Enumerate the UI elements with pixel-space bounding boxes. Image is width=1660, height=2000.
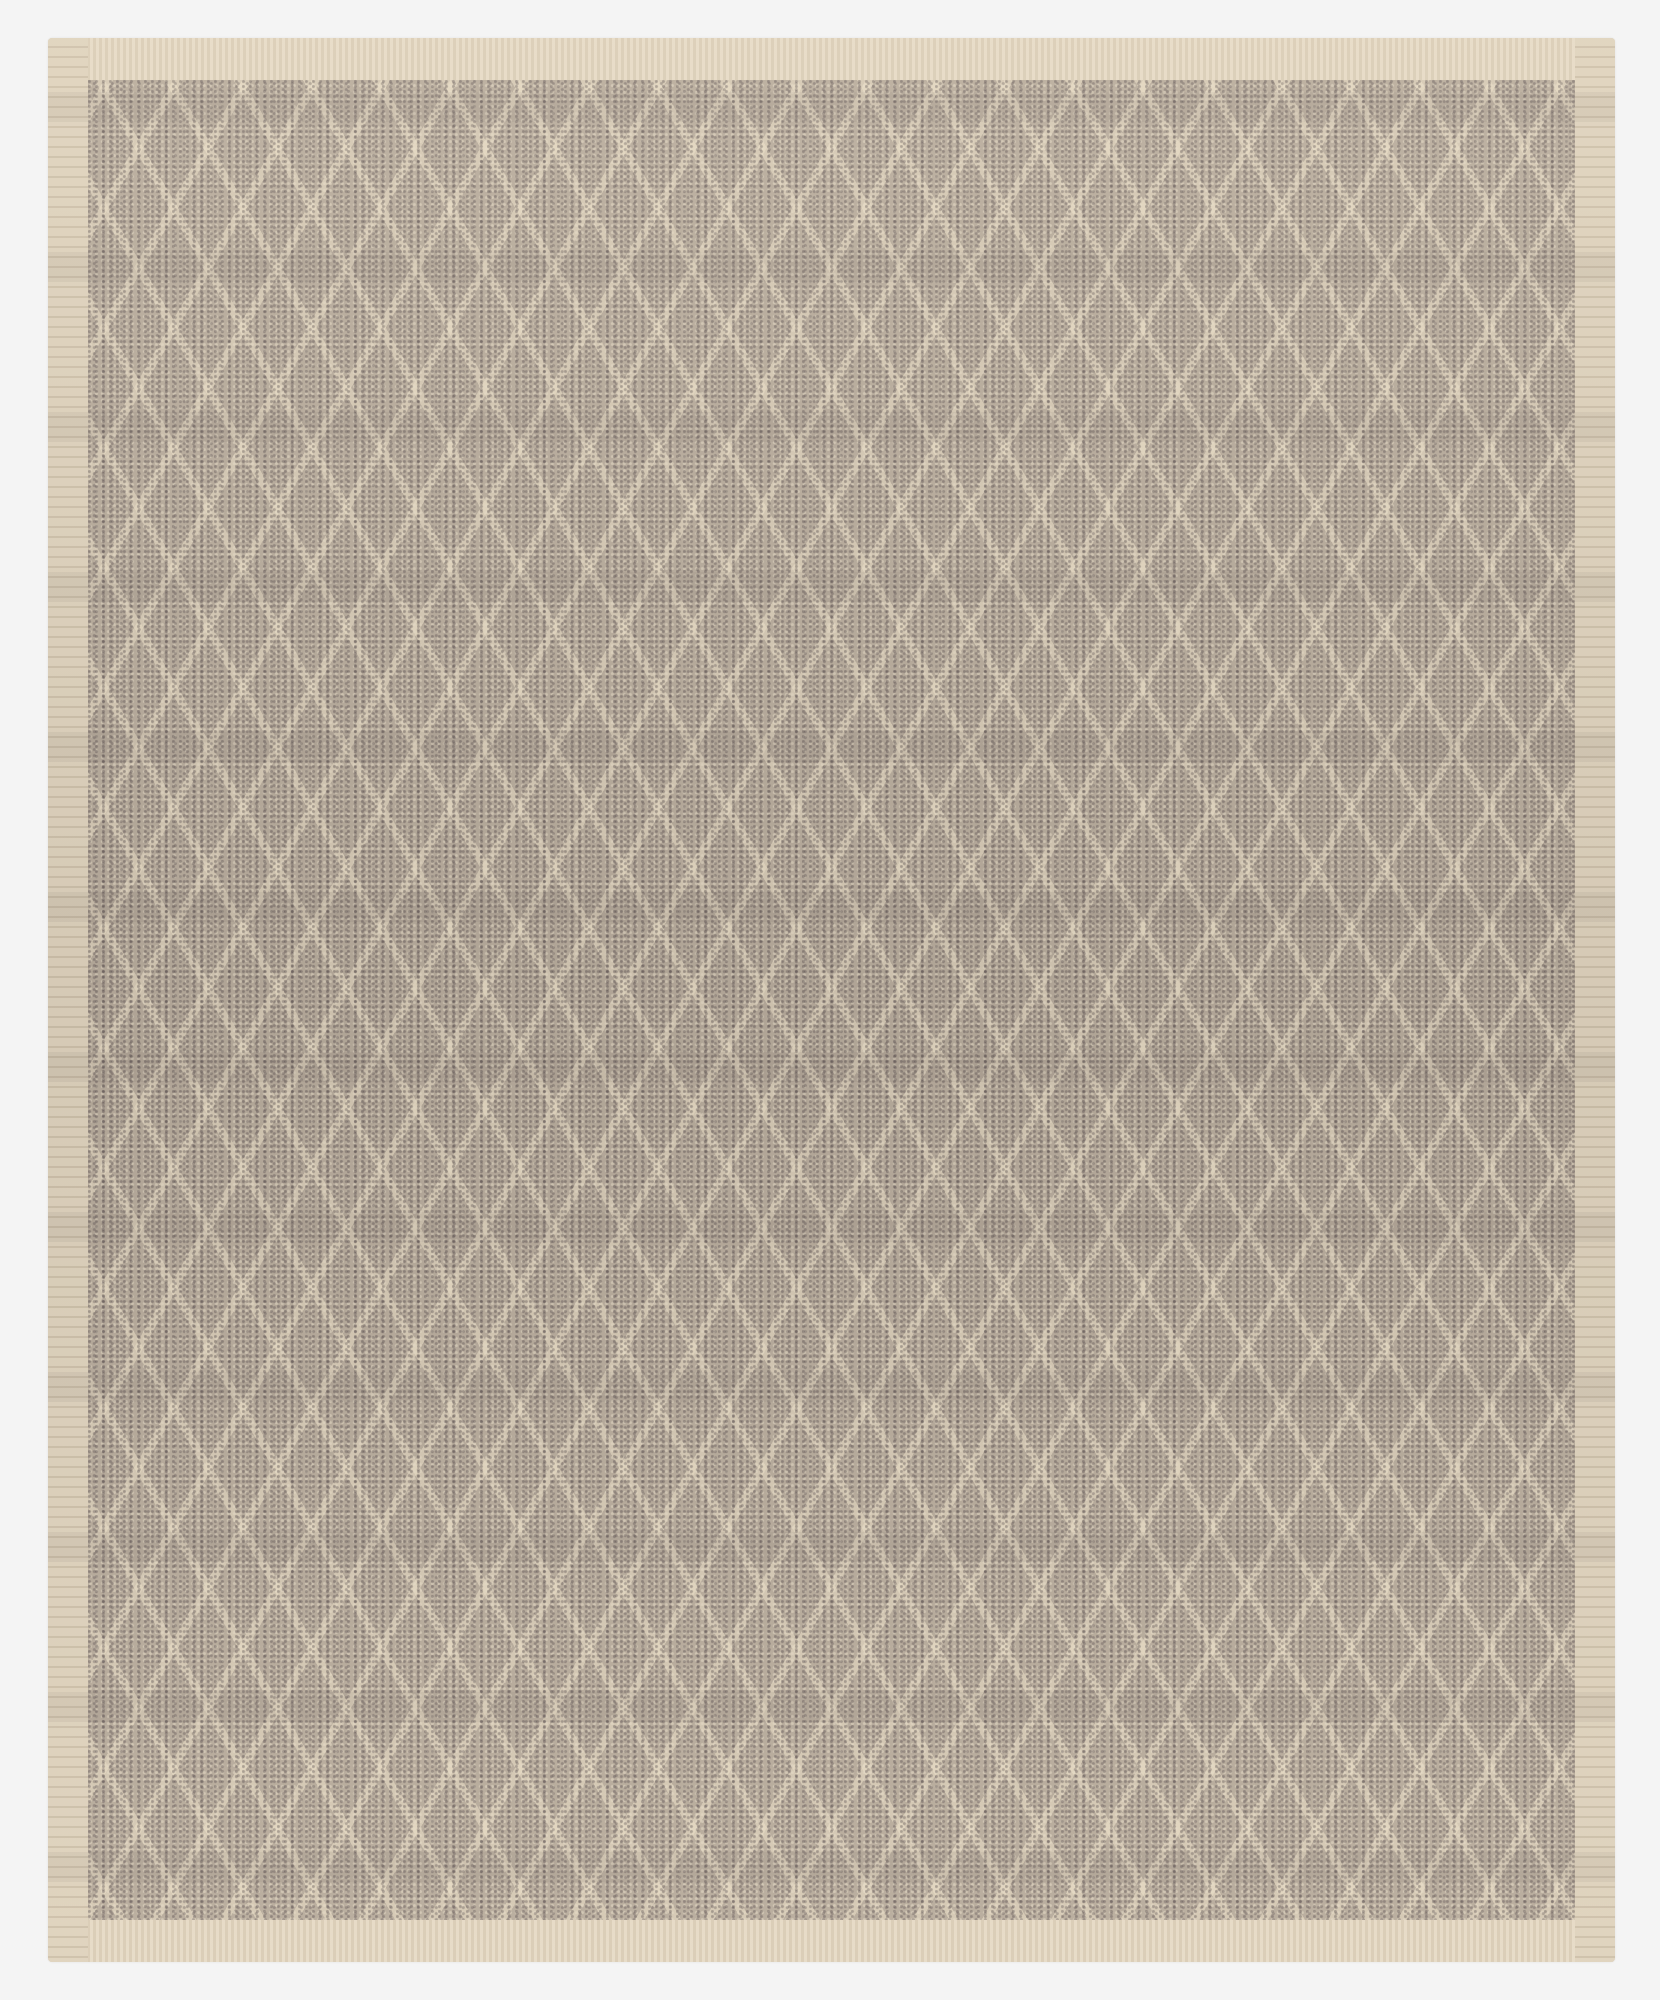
rug-border-top: [48, 38, 1615, 80]
rug-border-bottom: [48, 1920, 1615, 1962]
rug-field-diamond-pattern: [88, 80, 1575, 1920]
rug-border-right: [1575, 38, 1615, 1962]
rug: [48, 38, 1615, 1962]
rug-border-left: [48, 38, 88, 1962]
